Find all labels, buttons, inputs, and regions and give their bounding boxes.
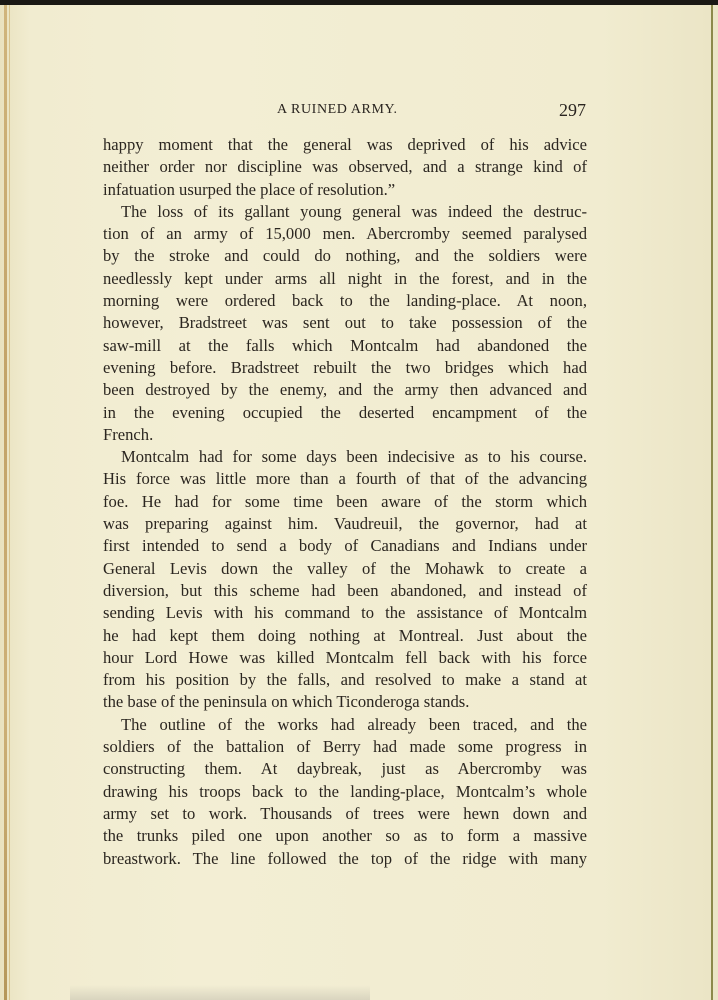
text-line: the trunks piled one upon another so as …	[103, 825, 587, 847]
text-line: saw-mill at the falls which Montcalm had…	[103, 335, 587, 357]
text-line: was preparing against him. Vaudreuil, th…	[103, 513, 587, 535]
text-line: General Levis down the valley of the Moh…	[103, 558, 587, 580]
running-head: A RUINED ARMY. 297	[0, 102, 718, 124]
text-line: evening before. Bradstreet rebuilt the t…	[103, 357, 587, 379]
text-line: drawing his troops back to the landing-p…	[103, 781, 587, 803]
page-gutter-shadow	[9, 5, 10, 1000]
text-line: first intended to send a body of Canadia…	[103, 535, 587, 557]
text-line: been destroyed by the enemy, and the arm…	[103, 379, 587, 401]
text-line: he had kept them doing nothing at Montre…	[103, 625, 587, 647]
text-line: however, Bradstreet was sent out to take…	[103, 312, 587, 334]
scan-top-border	[0, 0, 718, 5]
text-line: in the evening occupied the deserted enc…	[103, 402, 587, 424]
text-line: breastwork. The line followed the top of…	[103, 848, 587, 870]
running-title: A RUINED ARMY.	[277, 102, 398, 118]
text-line: infatuation usurped the place of resolut…	[103, 179, 587, 201]
text-line: Montcalm had for some days been indecisi…	[103, 446, 587, 468]
text-line: French.	[103, 424, 587, 446]
page-gutter-edge	[4, 5, 7, 1000]
text-line: foe. He had for some time been aware of …	[103, 491, 587, 513]
page-number: 297	[559, 100, 586, 121]
scan-bottom-artifact	[70, 985, 370, 1000]
page-right-margin	[713, 5, 718, 1000]
text-line: army set to work. Thousands of trees wer…	[103, 803, 587, 825]
text-line: the base of the peninsula on which Ticon…	[103, 691, 587, 713]
text-line: diversion, but this scheme had been aban…	[103, 580, 587, 602]
body-text: happy moment that the general was depriv…	[103, 134, 587, 870]
text-line: The loss of its gallant young general wa…	[103, 201, 587, 223]
text-line: hour Lord Howe was killed Montcalm fell …	[103, 647, 587, 669]
text-line: from his position by the falls, and reso…	[103, 669, 587, 691]
text-line: by the stroke and could do nothing, and …	[103, 245, 587, 267]
text-line: sending Levis with his command to the as…	[103, 602, 587, 624]
text-line: happy moment that the general was depriv…	[103, 134, 587, 156]
text-line: His force was little more than a fourth …	[103, 468, 587, 490]
text-line: constructing them. At daybreak, just as …	[103, 758, 587, 780]
text-line: The outline of the works had already bee…	[103, 714, 587, 736]
text-line: morning were ordered back to the landing…	[103, 290, 587, 312]
text-line: needlessly kept under arms all night in …	[103, 268, 587, 290]
text-line: neither order nor discipline was observe…	[103, 156, 587, 178]
text-line: soldiers of the battalion of Berry had m…	[103, 736, 587, 758]
book-page: A RUINED ARMY. 297 happy moment that the…	[0, 0, 718, 1000]
text-line: tion of an army of 15,000 men. Abercromb…	[103, 223, 587, 245]
